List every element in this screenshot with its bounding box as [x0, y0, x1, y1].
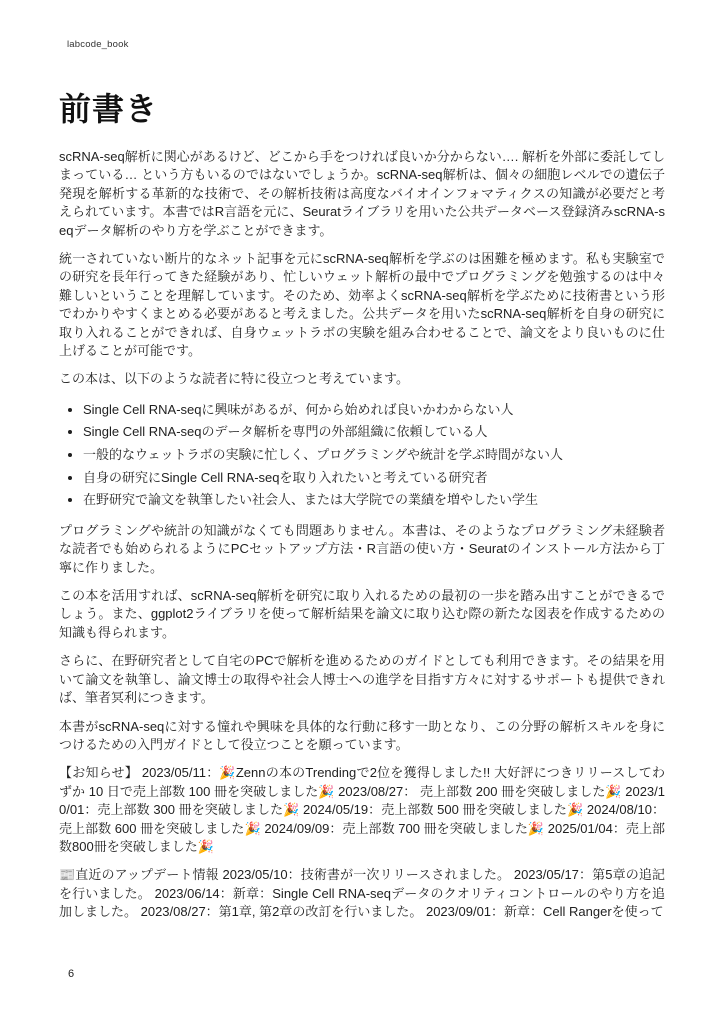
paragraph-hope: 本書がscRNA-seqに対する憧れや興味を具体的な行動に移す一助となり、この分…: [59, 718, 665, 755]
paragraph-update-news: 📰直近のアップデート情報 2023/05/10：技術書が一次リリースされました。…: [59, 866, 665, 921]
list-item: 在野研究で論文を執筆したい社会人、または大学院での業績を増やしたい学生: [83, 489, 665, 512]
paragraph-motivation: 統一されていない断片的なネット記事を元にscRNA-seq解析を学ぶのは困難を極…: [59, 250, 665, 360]
list-item: 自身の研究にSingle Cell RNA-seqを取り入れたいと考えている研究…: [83, 467, 665, 490]
running-header: labcode_book: [67, 39, 129, 50]
paragraph-intro: scRNA-seq解析に関心があるけど、どこから手をつければ良いか分からない….…: [59, 148, 665, 240]
document-page: labcode_book 前書き scRNA-seq解析に関心があるけど、どこか…: [0, 0, 724, 1024]
paragraph-home-guide: さらに、在野研究者として自宅のPCで解析を進めるためのガイドとしても利用できます…: [59, 652, 665, 707]
page-content: 前書き scRNA-seq解析に関心があるけど、どこから手をつければ良いか分から…: [59, 90, 665, 932]
paragraph-target-readers-lead: この本は、以下のような読者に特に役立つと考えています。: [59, 370, 665, 388]
page-title: 前書き: [59, 90, 665, 128]
list-item: 一般的なウェットラボの実験に忙しく、プログラミングや統計を学ぶ時間がない人: [83, 444, 665, 467]
reader-list: Single Cell RNA-seqに興味があるが、何から始めれば良いかわから…: [59, 399, 665, 512]
list-item: Single Cell RNA-seqに興味があるが、何から始めれば良いかわから…: [83, 399, 665, 422]
paragraph-announcement: 【お知らせ】 2023/05/11：🎉Zennの本のTrendingで2位を獲得…: [59, 764, 665, 856]
paragraph-no-prerequisites: プログラミングや統計の知識がなくても問題ありません。本書は、そのようなプログラミ…: [59, 522, 665, 577]
paragraph-first-step: この本を活用すれば、scRNA-seq解析を研究に取り入れるための最初の一歩を踏…: [59, 587, 665, 642]
list-item: Single Cell RNA-seqのデータ解析を専門の外部組織に依頼している…: [83, 421, 665, 444]
page-number: 6: [68, 968, 74, 980]
